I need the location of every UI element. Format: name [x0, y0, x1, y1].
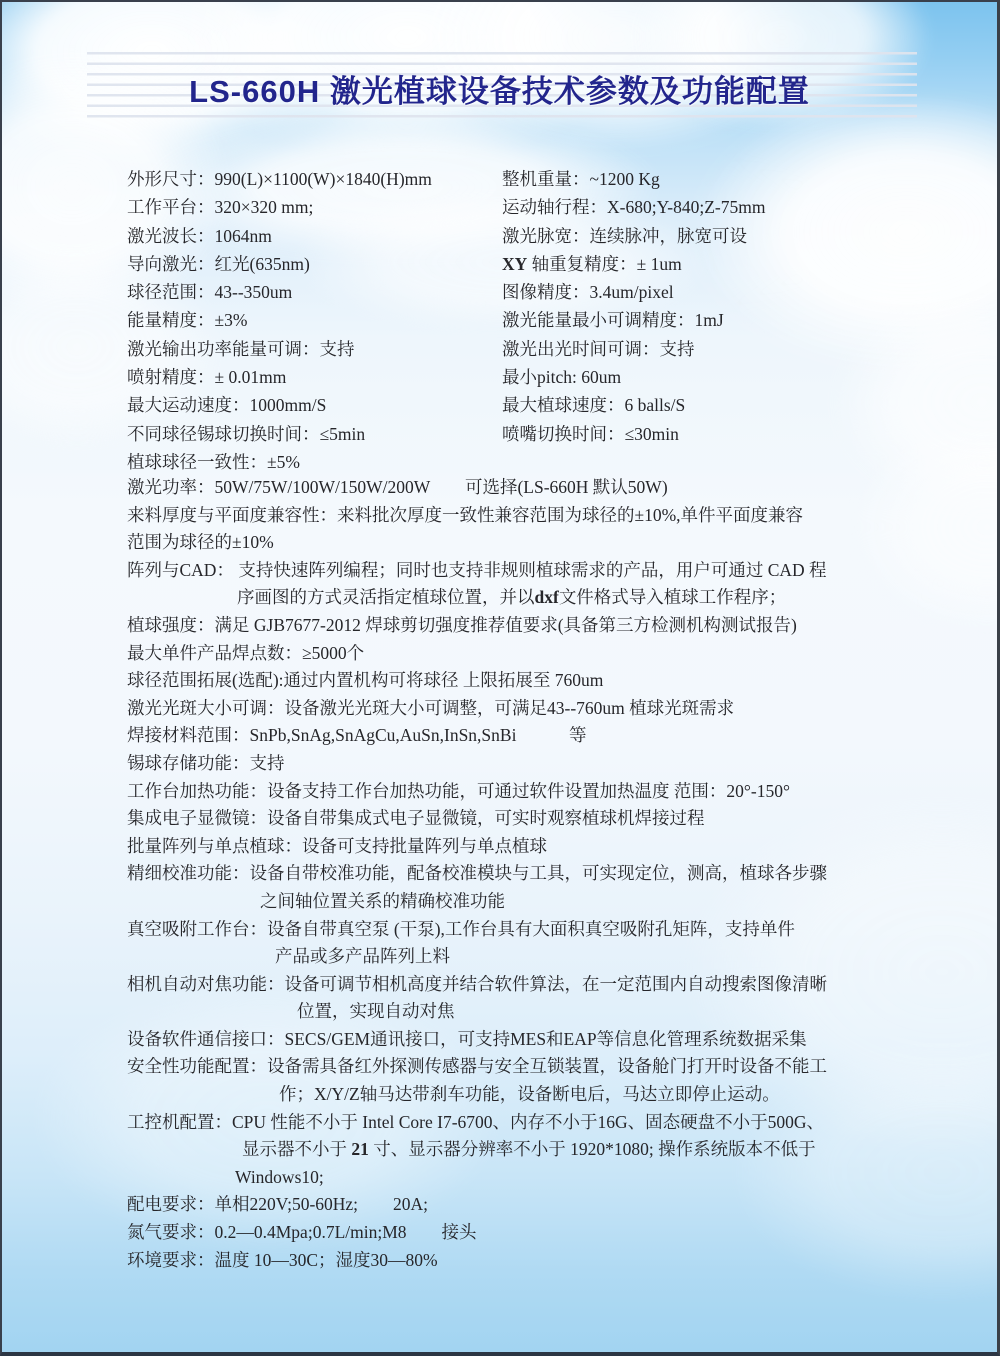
spec-left-item: 球径范围：43--350um	[127, 282, 292, 302]
spec-right-item: 最小pitch: 60um	[502, 363, 621, 391]
spec-line: 阵列与CAD： 支持快速阵列编程；同时也支持非规则植球需求的产品，用户可通过 C…	[127, 557, 977, 585]
spec-line: 范围为球径的±10%	[127, 529, 977, 557]
spec-line: 真空吸附工作台：设备自带真空泵 (干泵),工作台具有大面积真空吸附孔矩阵，支持单…	[127, 916, 977, 944]
spec-line: 位置，实现自动对焦	[127, 998, 977, 1026]
spec-right-item: 喷嘴切换时间：≤30min	[502, 420, 679, 448]
spec-line: 精细校准功能：设备自带校准功能，配备校准模块与工具，可实现定位，测高，植球各步骤	[127, 860, 977, 888]
spec-line: 工作台加热功能：设备支持工作台加热功能，可通过软件设置加热温度 范围：20°-1…	[127, 778, 977, 806]
spec-line: 相机自动对焦功能：设备可调节相机高度并结合软件算法，在一定范围内自动搜索图像清晰	[127, 971, 977, 999]
spec-row: 工作平台：320×320 mm;运动轴行程：X-680;Y-840;Z-75mm	[127, 193, 967, 221]
spec-line: 批量阵列与单点植球：设备可支持批量阵列与单点植球	[127, 833, 977, 861]
spec-line: 来料厚度与平面度兼容性：来料批次厚度一致性兼容范围为球径的±10%,单件平面度兼…	[127, 502, 977, 530]
spec-row: 能量精度：±3%激光能量最小可调精度：1mJ	[127, 306, 967, 334]
spec-line: 设备软件通信接口：SECS/GEM通讯接口，可支持MES和EAP等信息化管理系统…	[127, 1026, 977, 1054]
spec-line: 工控机配置：CPU 性能不小于 Intel Core I7-6700、内存不小于…	[127, 1109, 977, 1137]
spec-line: 球径范围拓展(选配):通过内置机构可将球径 上限拓展至 760um	[127, 667, 977, 695]
spec-table: 外形尺寸：990(L)×1100(W)×1840(H)mm整机重量：~1200 …	[127, 165, 967, 476]
spec-right-item: 激光出光时间可调：支持	[502, 335, 695, 363]
spec-row: 外形尺寸：990(L)×1100(W)×1840(H)mm整机重量：~1200 …	[127, 165, 967, 193]
spec-left-item: 导向激光：红光(635nm)	[127, 254, 310, 274]
spec-right-item: 最大植球速度：6 balls/S	[502, 391, 685, 419]
spec-line: 焊接材料范围：SnPb,SnAg,SnAgCu,AuSn,InSn,SnBi 等	[127, 722, 977, 750]
spec-line: 安全性功能配置：设备需具备红外探测传感器与安全互锁装置，设备舱门打开时设备不能工	[127, 1053, 977, 1081]
spec-left-item: 植球球径一致性：±5%	[127, 452, 300, 472]
spec-paragraphs: 激光功率：50W/75W/100W/150W/200W 可选择(LS-660H …	[127, 474, 977, 1274]
spec-line: Windows10;	[127, 1164, 977, 1192]
spec-row: 激光波长：1064nm激光脉宽：连续脉冲，脉宽可设	[127, 222, 967, 250]
spec-left-item: 激光输出功率能量可调：支持	[127, 339, 355, 359]
spec-line: 锡球存储功能：支持	[127, 750, 977, 778]
spec-left-item: 喷射精度：± 0.01mm	[127, 367, 286, 387]
spec-left-item: 能量精度：±3%	[127, 310, 247, 330]
spec-line: 环境要求：温度 10—30C；湿度30—80%	[127, 1247, 977, 1275]
spec-sheet-page: LS-660H 激光植球设备技术参数及功能配置 外形尺寸：990(L)×1100…	[0, 0, 1000, 1356]
spec-left-item: 激光波长：1064nm	[127, 226, 272, 246]
spec-line: 植球强度：满足 GJB7677-2012 焊球剪切强度推荐值要求(具备第三方检测…	[127, 612, 977, 640]
spec-right-item: 激光脉宽：连续脉冲，脉宽可设	[502, 222, 747, 250]
spec-left-item: 最大运动速度：1000mm/S	[127, 395, 326, 415]
spec-right-item: 整机重量：~1200 Kg	[502, 165, 660, 193]
spec-row: 不同球径锡球切换时间：≤5min喷嘴切换时间：≤30min	[127, 420, 967, 448]
spec-row: 激光输出功率能量可调：支持激光出光时间可调：支持	[127, 335, 967, 363]
spec-line: 最大单件产品焊点数：≥5000个	[127, 640, 977, 668]
spec-line: 作；X/Y/Z轴马达带刹车功能，设备断电后，马达立即停止运动。	[127, 1081, 977, 1109]
spec-line: 激光光斑大小可调：设备激光光斑大小可调整，可满足43--760um 植球光斑需求	[127, 695, 977, 723]
spec-row: 导向激光：红光(635nm)XY 轴重复精度：± 1um	[127, 250, 967, 278]
spec-line: 显示器不小于 21 寸、显示器分辨率不小于 1920*1080; 操作系统版本不…	[127, 1136, 977, 1164]
spec-row: 植球球径一致性：±5%	[127, 448, 967, 476]
spec-right-item: XY 轴重复精度：± 1um	[502, 250, 682, 278]
spec-line: 序画图的方式灵活指定植球位置，并以dxf文件格式导入植球工作程序；	[127, 584, 977, 612]
spec-line: 之间轴位置关系的精确校准功能	[127, 888, 977, 916]
spec-left-item: 不同球径锡球切换时间：≤5min	[127, 424, 365, 444]
spec-row: 球径范围：43--350um图像精度：3.4um/pixel	[127, 278, 967, 306]
spec-left-item: 外形尺寸：990(L)×1100(W)×1840(H)mm	[127, 169, 432, 189]
spec-row: 最大运动速度：1000mm/S最大植球速度：6 balls/S	[127, 391, 967, 419]
spec-row: 喷射精度：± 0.01mm最小pitch: 60um	[127, 363, 967, 391]
spec-line: 配电要求：单相220V;50-60Hz; 20A;	[127, 1191, 977, 1219]
spec-right-item: 图像精度：3.4um/pixel	[502, 278, 674, 306]
spec-line: 氮气要求：0.2—0.4Mpa;0.7L/min;M8 接头	[127, 1219, 977, 1247]
spec-line: 产品或多产品阵列上料	[127, 943, 977, 971]
spec-line: 集成电子显微镜：设备自带集成式电子显微镜，可实时观察植球机焊接过程	[127, 805, 977, 833]
spec-left-item: 工作平台：320×320 mm;	[127, 197, 313, 217]
spec-right-item: 运动轴行程：X-680;Y-840;Z-75mm	[502, 193, 765, 221]
spec-line: 激光功率：50W/75W/100W/150W/200W 可选择(LS-660H …	[127, 474, 977, 502]
page-title: LS-660H 激光植球设备技术参数及功能配置	[2, 66, 997, 111]
spec-right-item: 激光能量最小可调精度：1mJ	[502, 306, 724, 334]
